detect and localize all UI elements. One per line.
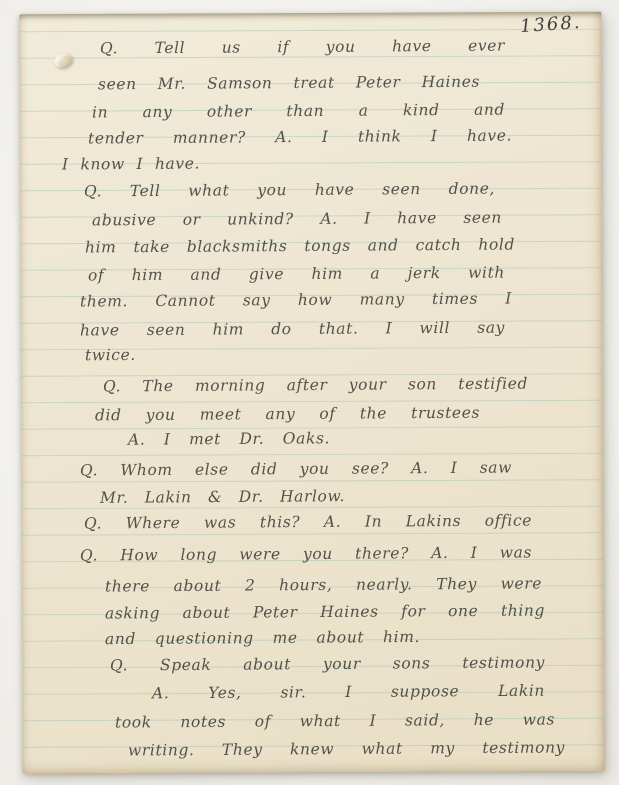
- handwritten-line: asking about Peter Haines for one thing: [105, 599, 545, 624]
- handwritten-line: I know I have.: [62, 153, 200, 176]
- handwritten-line: tender manner? A. I think I have.: [88, 125, 512, 150]
- page-number: 1368.: [519, 12, 582, 37]
- handwritten-line: seen Mr. Samson treat Peter Haines: [98, 71, 480, 96]
- handwritten-line: Q. How long were you there? A. I was: [80, 541, 532, 566]
- handwritten-line: of him and give him a jerk with: [88, 262, 505, 287]
- handwritten-line: abusive or unkind? A. I have seen: [92, 207, 502, 232]
- handwritten-line: writing. They knew what my testimony: [128, 736, 565, 761]
- handwritten-line: twice.: [85, 344, 155, 366]
- handwritten-line: have seen him do that. I will say: [80, 317, 505, 342]
- handwritten-line: there about 2 hours, nearly. They were: [105, 572, 542, 597]
- handwritten-line: Q. Tell what you have seen done,: [84, 178, 495, 203]
- handwritten-line: and questioning me about him.: [105, 626, 420, 650]
- handwritten-line: Q. Tell us if you have ever: [100, 35, 505, 60]
- handwritten-line: A. Yes, sir. I suppose Lakin: [152, 680, 545, 705]
- handwritten-line: took notes of what I said, he was: [115, 708, 555, 733]
- handwritten-line: Mr. Lakin & Dr. Harlow.: [100, 485, 345, 509]
- handwritten-line: Q. Whom else did you see? A. I saw: [80, 456, 512, 481]
- handwritten-line: him take blacksmiths tongs and catch hol…: [85, 233, 515, 258]
- document-scan: 1368. Q. Tell us if you have everseen Mr…: [0, 0, 619, 785]
- handwritten-line: in any other than a kind and: [92, 99, 505, 124]
- handwritten-line: Q. Where was this? A. In Lakins office: [84, 509, 532, 534]
- handwritten-line: A. I met Dr. Oaks.: [128, 427, 330, 450]
- handwritten-line: did you meet any of the trustees: [95, 402, 480, 427]
- handwritten-line: Q. Speak about your sons testimony: [110, 651, 545, 676]
- handwritten-line: them. Cannot say how many times I: [80, 287, 512, 312]
- handwritten-line: Q. The morning after your son testified: [103, 373, 528, 398]
